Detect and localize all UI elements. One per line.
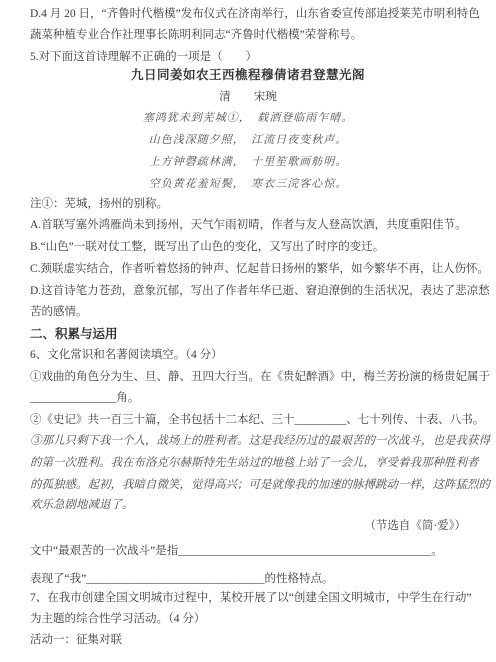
q6-item2: ②《史记》共一百三十篇，全书包括十二本纪、三十_________、七十列传、十表… — [30, 413, 466, 427]
poem-line-2: 山色浅深随夕照， 江流日夜变秋声。 — [30, 133, 466, 147]
q6-item1-line-1: ①戏曲的角色分为生、旦、静、丑四大行当。在《贵妃醉酒》中，梅兰芳扮演的杨贵妃属于 — [30, 370, 466, 384]
poem-author: 清 宋琬 — [30, 90, 466, 104]
poem-line-3: 上方钟磬疏林满， 十里笙歌画舫明。 — [30, 155, 466, 169]
poem-title: 九日同姜如农王西樵程穆倩诸君登慧光阁 — [30, 68, 466, 82]
q5-option-d-line-2: 苦的感情。 — [30, 305, 466, 319]
q6-item3-line-2: 的第一次胜利。我在布洛克尔赫斯特先生站过的地毯上站了一会儿，享受着我那种胜利者 — [30, 456, 466, 470]
q6-item3-line-1: ③那儿只剩下我一个人，战场上的胜利者。这是我经历过的最艰苦的一次战斗，也是我获得 — [30, 434, 466, 448]
q7-stem-line-1: 7、在我市创建全国文明城市过程中，某校开展了以“创建全国文明城市，中学生在行动” — [30, 591, 466, 605]
q4-option-d-line-2: 蔬菜种植专业合作社理事长陈明利同志“齐鲁时代楷模”荣誉称号。 — [30, 28, 466, 42]
q7-stem-line-2: 为主题的综合性学习活动。（4 分） — [30, 612, 466, 626]
exam-page: D.4 月 20 日，“齐鲁时代楷模”发布仪式在济南举行，山东省委宣传部追授莱芜… — [0, 0, 496, 662]
q6-item3-line-3: 的孤独感。起初，我暗自微笑，觉得高兴；可是就像我的加速的脉搏跳动一样，这阵猛烈的 — [30, 478, 466, 492]
q6-item3-line-4: 欢乐急剧地减退了。 — [30, 498, 466, 512]
q5-option-a: A.首联写塞外鸿雁尚未到扬州，天气乍雨初晴，作者与友人登高饮酒，共度重阳佳节。 — [30, 218, 466, 232]
q7-activity-1: 活动一：征集对联 — [30, 633, 466, 647]
q6-stem: 6、文化常识和名著阅读填空。（4 分） — [30, 348, 466, 362]
q6-item1-blank: _______________角。 — [30, 391, 466, 405]
poem-line-1: 塞鸿犹未到芜城①， 载酒登临雨乍晴。 — [30, 111, 466, 125]
q5-option-c: C.颈联虚实结合，作者听着悠扬的钟声、忆起昔日扬州的繁华，如今繁华不再，让人伤怀… — [30, 262, 466, 276]
q6-fill-blank-1: 文中“最艰苦的一次战斗”是指__________________________… — [30, 544, 466, 558]
q4-option-d-line-1: D.4 月 20 日，“齐鲁时代楷模”发布仪式在济南举行，山东省委宣传部追授莱芜… — [30, 7, 466, 21]
poem-line-4: 空负黄花羞短鬓， 寒衣三浣客心惊。 — [30, 177, 466, 191]
q5-option-b: B.“山色”一联对仗工整，既写出了山色的变化，又写出了时序的变迁。 — [30, 240, 466, 254]
q6-fill-blank-2: 表现了“我”_______________________________的性格… — [30, 572, 466, 586]
q6-excerpt-source: （节选自《简·爱》） — [30, 519, 496, 533]
poem-note: 注①：芜城，扬州的别称。 — [30, 197, 466, 211]
section-heading: 二、积累与运用 — [30, 327, 466, 341]
q5-stem: 5.对下面这首诗理解不正确的一项是（ ） — [30, 50, 466, 64]
q5-option-d-line-1: D.这首诗笔力苍劲，意象沉郁，写出了作者年华已逝、窘迫潦倒的生活状况，表达了悲凉… — [30, 284, 466, 298]
